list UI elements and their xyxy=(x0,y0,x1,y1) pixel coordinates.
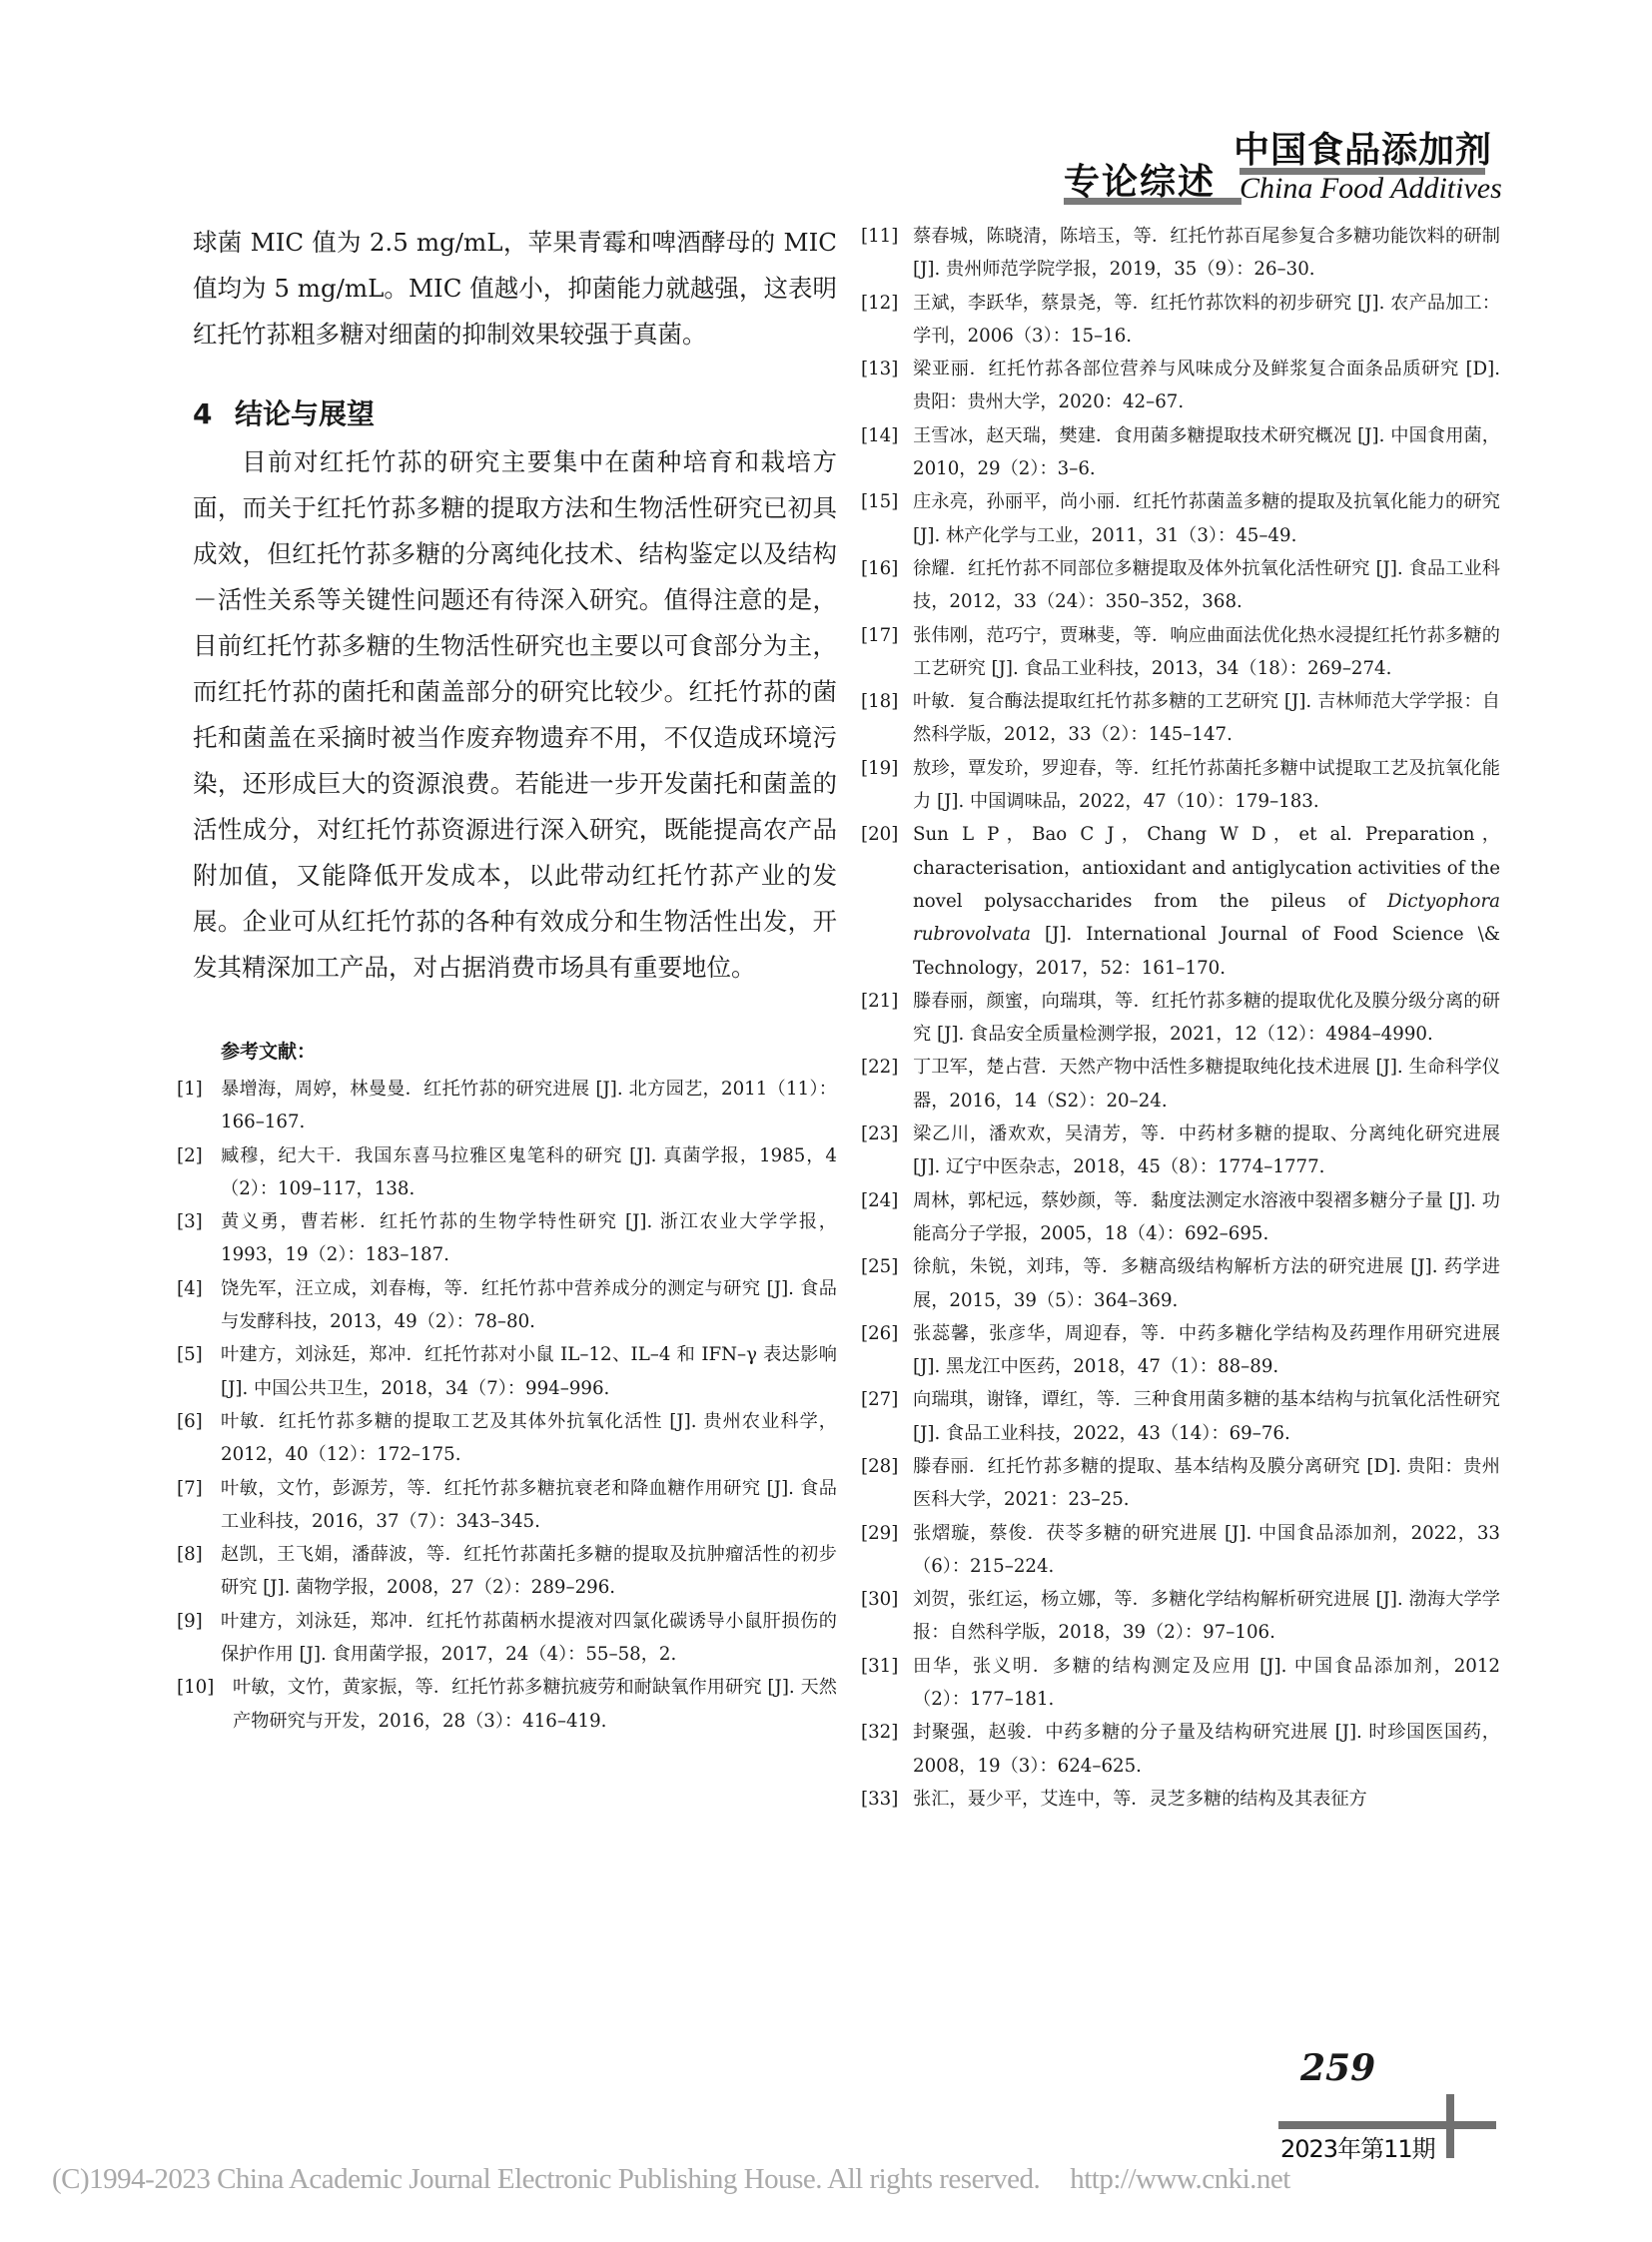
reference-number: [7] xyxy=(177,1472,203,1505)
copyright-line: (C)1994-2023 China Academic Journal Elec… xyxy=(52,2163,1290,2196)
reference-number: [26] xyxy=(861,1317,898,1350)
reference-item: [4]饶先军，汪立成，刘春梅，等．红托竹荪中营养成分的测定与研究 [J]. 食品… xyxy=(193,1272,837,1339)
reference-item: [5]叶建方，刘泳廷，郑冲．红托竹荪对小鼠 IL–12、IL–4 和 IFN–γ… xyxy=(193,1338,837,1405)
reference-text: 梁亚丽．红托竹荪各部位营养与风味成分及鲜浆复合面条品质研究 [D]. 贵阳：贵州… xyxy=(913,359,1500,412)
reference-text: 叶建方，刘泳廷，郑冲．红托竹荪对小鼠 IL–12、IL–4 和 IFN–γ 表达… xyxy=(221,1344,837,1398)
reference-number: [20] xyxy=(861,818,898,851)
reference-number: [24] xyxy=(861,1184,898,1217)
reference-number: [17] xyxy=(861,619,898,652)
reference-item: [17]张伟刚，范巧宁，贾琳斐，等．响应曲面法优化热水浸提红托竹荪多糖的工艺研究… xyxy=(861,619,1500,686)
reference-number: [23] xyxy=(861,1118,898,1150)
reference-number: [21] xyxy=(861,985,898,1018)
journal-header: 专论综述 中国食品添加剂 China Food Additives xyxy=(1054,126,1473,206)
reference-number: [13] xyxy=(861,353,898,385)
reference-text: 刘贺，张红运，杨立娜，等．多糖化学结构解析研究进展 [J]. 渤海大学学报：自然… xyxy=(913,1589,1500,1643)
reference-item: [11]蔡春城，陈晓清，陈培玉，等．红托竹荪百尾参复合多糖功能饮料的研制 [J]… xyxy=(861,220,1500,287)
reference-item: [27]向瑞琪，谢锋，谭红，等．三种食用菌多糖的基本结构与抗氧化活性研究 [J]… xyxy=(861,1383,1500,1450)
reference-number: [22] xyxy=(861,1051,898,1084)
reference-text: 王斌，李跃华，蔡景尧，等．红托竹荪饮料的初步研究 [J]. 农产品加工：学刊，2… xyxy=(913,293,1500,347)
reference-item: [8]赵凯，王飞娟，潘薛波，等．红托竹荪菌托多糖的提取及抗肿瘤活性的初步研究 [… xyxy=(193,1538,837,1605)
reference-number: [29] xyxy=(861,1517,898,1550)
reference-item: [7]叶敏，文竹，彭源芳，等．红托竹荪多糖抗衰老和降血糖作用研究 [J]. 食品… xyxy=(193,1472,837,1539)
reference-number: [15] xyxy=(861,485,898,518)
reference-number: [11] xyxy=(861,220,898,253)
reference-text: 梁乙川，潘欢欢，吴清芳，等．中药材多糖的提取、分离纯化研究进展 [J]. 辽宁中… xyxy=(913,1123,1500,1177)
continued-paragraph: 球菌 MIC 值为 2.5 mg/mL，苹果青霉和啤酒酵母的 MIC 值均为 5… xyxy=(193,220,837,358)
reference-number: [8] xyxy=(177,1538,203,1571)
reference-text: 敖珍，覃发玠，罗迎春，等．红托竹荪菌托多糖中试提取工艺及抗氧化能力 [J]. 中… xyxy=(913,758,1500,812)
reference-text: 张熠璇，蔡俊．茯苓多糖的研究进展 [J]. 中国食品添加剂，2022，33（6）… xyxy=(913,1523,1500,1577)
reference-item: [22]丁卫军，楚占营．天然产物中活性多糖提取纯化技术进展 [J]. 生命科学仪… xyxy=(861,1051,1500,1118)
reference-number: [6] xyxy=(177,1405,203,1438)
reference-text: 臧穆，纪大干．我国东喜马拉雅区鬼笔科的研究 [J]. 真菌学报，1985，4（2… xyxy=(221,1145,837,1199)
section-title: 结论与展望 xyxy=(235,397,375,430)
reference-text: 蔡春城，陈晓清，陈培玉，等．红托竹荪百尾参复合多糖功能饮料的研制 [J]. 贵州… xyxy=(913,226,1500,280)
reference-number: [33] xyxy=(861,1783,898,1816)
reference-item: [30]刘贺，张红运，杨立娜，等．多糖化学结构解析研究进展 [J]. 渤海大学学… xyxy=(861,1583,1500,1650)
reference-text: 封聚强，赵骏．中药多糖的分子量及结构研究进展 [J]. 时珍国医国药，2008，… xyxy=(913,1722,1500,1776)
reference-text: 王雪冰，赵天瑞，樊建．食用菌多糖提取技术研究概况 [J]. 中国食用菌，2010… xyxy=(913,425,1500,479)
reference-item: [26]张蕊馨，张彦华，周迎春，等．中药多糖化学结构及药理作用研究进展 [J].… xyxy=(861,1317,1500,1384)
cnki-link[interactable]: http://www.cnki.net xyxy=(1070,2163,1290,2195)
reference-item: [1]暴增海，周婷，林曼曼．红托竹荪的研究进展 [J]. 北方园艺，2011（1… xyxy=(193,1073,837,1139)
reference-number: [19] xyxy=(861,752,898,785)
reference-item: [25]徐航，朱锐，刘玮，等．多糖高级结构解析方法的研究进展 [J]. 药学进展… xyxy=(861,1250,1500,1317)
reference-item: [31]田华，张义明．多糖的结构测定及应用 [J]. 中国食品添加剂，2012（… xyxy=(861,1650,1500,1717)
footer-divider-horizontal xyxy=(1278,2121,1496,2129)
reference-item: [32]封聚强，赵骏．中药多糖的分子量及结构研究进展 [J]. 时珍国医国药，2… xyxy=(861,1716,1500,1783)
reference-item: [6]叶敏．红托竹荪多糖的提取工艺及其体外抗氧化活性 [J]. 贵州农业科学，2… xyxy=(193,1405,837,1472)
reference-text: 田华，张义明．多糖的结构测定及应用 [J]. 中国食品添加剂，2012（2）：1… xyxy=(913,1656,1500,1710)
reference-item: [12]王斌，李跃华，蔡景尧，等．红托竹荪饮料的初步研究 [J]. 农产品加工：… xyxy=(861,287,1500,354)
reference-number: [5] xyxy=(177,1338,203,1371)
reference-item: [33]张汇，聂少平，艾连中，等．灵芝多糖的结构及其表征方 xyxy=(861,1783,1500,1816)
reference-text: 丁卫军，楚占营．天然产物中活性多糖提取纯化技术进展 [J]. 生命科学仪器，20… xyxy=(913,1057,1500,1111)
reference-item: [21]滕春丽，颜蜜，向瑞琪，等．红托竹荪多糖的提取优化及膜分级分离的研究 [J… xyxy=(861,985,1500,1052)
reference-number: [3] xyxy=(177,1205,203,1238)
section-number: 4 xyxy=(193,391,235,437)
reference-number: [2] xyxy=(177,1139,203,1172)
reference-number: [30] xyxy=(861,1583,898,1616)
reference-item: [10]叶敏，文竹，黄家振，等．红托竹荪多糖抗疲劳和耐缺氧作用研究 [J]. 天… xyxy=(193,1671,837,1738)
reference-text: 周林，郭杞远，蔡妙颜，等．黏度法测定水溶液中裂褶多糖分子量 [J]. 功能高分子… xyxy=(913,1190,1500,1244)
reference-list-right: [11]蔡春城，陈晓清，陈培玉，等．红托竹荪百尾参复合多糖功能饮料的研制 [J]… xyxy=(861,220,1500,1816)
references-heading: 参考文献： xyxy=(221,1037,837,1067)
reference-number: [27] xyxy=(861,1383,898,1416)
reference-text: 叶敏，文竹，彭源芳，等．红托竹荪多糖抗衰老和降血糖作用研究 [J]. 食品工业科… xyxy=(221,1478,837,1532)
reference-text: 张汇，聂少平，艾连中，等．灵芝多糖的结构及其表征方 xyxy=(913,1789,1367,1810)
reference-text: 暴增海，周婷，林曼曼．红托竹荪的研究进展 [J]. 北方园艺，2011（11）：… xyxy=(221,1079,837,1132)
reference-item: [19]敖珍，覃发玠，罗迎春，等．红托竹荪菌托多糖中试提取工艺及抗氧化能力 [J… xyxy=(861,752,1500,819)
reference-item: [29]张熠璇，蔡俊．茯苓多糖的研究进展 [J]. 中国食品添加剂，2022，3… xyxy=(861,1517,1500,1584)
reference-number: [16] xyxy=(861,552,898,585)
reference-text: 叶敏．复合酶法提取红托竹荪多糖的工艺研究 [J]. 吉林师范大学学报：自然科学版… xyxy=(913,691,1500,745)
body-text: 球菌 MIC 值为 2.5 mg/mL，苹果青霉和啤酒酵母的 MIC 值均为 5… xyxy=(193,220,837,358)
reference-number: [12] xyxy=(861,287,898,320)
reference-item: [20]Sun L P，Bao C J，Chang W D，et al. Pre… xyxy=(861,818,1500,984)
reference-number: [31] xyxy=(861,1650,898,1683)
reference-text: 赵凯，王飞娟，潘薛波，等．红托竹荪菌托多糖的提取及抗肿瘤活性的初步研究 [J].… xyxy=(221,1544,837,1598)
reference-text: 向瑞琪，谢锋，谭红，等．三种食用菌多糖的基本结构与抗氧化活性研究 [J]. 食品… xyxy=(913,1389,1500,1443)
reference-text: 张伟刚，范巧宁，贾琳斐，等．响应曲面法优化热水浸提红托竹荪多糖的工艺研究 [J]… xyxy=(913,625,1500,679)
reference-text: 庄永亮，孙丽平，尚小丽．红托竹荪菌盖多糖的提取及抗氧化能力的研究 [J]. 林产… xyxy=(913,491,1500,545)
reference-number: [18] xyxy=(861,685,898,718)
reference-item: [28]滕春丽．红托竹荪多糖的提取、基本结构及膜分离研究 [D]. 贵阳：贵州医… xyxy=(861,1450,1500,1517)
right-column: [11]蔡春城，陈晓清，陈培玉，等．红托竹荪百尾参复合多糖功能饮料的研制 [J]… xyxy=(861,220,1500,1816)
issue-label: 2023年第11期 xyxy=(1280,2129,1435,2164)
reference-number: [4] xyxy=(177,1272,203,1305)
reference-text: 滕春丽，颜蜜，向瑞琪，等．红托竹荪多糖的提取优化及膜分级分离的研究 [J]. 食… xyxy=(913,991,1500,1045)
journal-title-cn: 中国食品添加剂 xyxy=(1234,122,1492,173)
reference-item: [9]叶建方，刘泳廷，郑冲．红托竹荪菌柄水提液对四氯化碳诱导小鼠肝损伤的保护作用… xyxy=(193,1605,837,1672)
reference-item: [15]庄永亮，孙丽平，尚小丽．红托竹荪菌盖多糖的提取及抗氧化能力的研究 [J]… xyxy=(861,485,1500,552)
footer-divider-vertical xyxy=(1446,2094,1454,2158)
reference-text: 饶先军，汪立成，刘春梅，等．红托竹荪中营养成分的测定与研究 [J]. 食品与发酵… xyxy=(221,1278,837,1332)
reference-text: 叶敏，文竹，黄家振，等．红托竹荪多糖抗疲劳和耐缺氧作用研究 [J]. 天然产物研… xyxy=(233,1677,837,1731)
page-number: 259 xyxy=(1300,2047,1375,2089)
conclusion-paragraph: 目前对红托竹荪的研究主要集中在菌种培育和栽培方面，而关于红托竹荪多糖的提取方法和… xyxy=(193,439,837,991)
reference-item: [14]王雪冰，赵天瑞，樊建．食用菌多糖提取技术研究概况 [J]. 中国食用菌，… xyxy=(861,419,1500,486)
reference-number: [14] xyxy=(861,419,898,452)
journal-title-en: China Food Additives xyxy=(1239,172,1502,206)
reference-list-left: [1]暴增海，周婷，林曼曼．红托竹荪的研究进展 [J]. 北方园艺，2011（1… xyxy=(193,1073,837,1738)
reference-number: [32] xyxy=(861,1716,898,1749)
reference-text: 徐耀．红托竹荪不同部位多糖提取及体外抗氧化活性研究 [J]. 食品工业科技，20… xyxy=(913,558,1500,612)
reference-number: [28] xyxy=(861,1450,898,1483)
section-heading: 4结论与展望 xyxy=(193,391,837,437)
reference-text: 叶建方，刘泳廷，郑冲．红托竹荪菌柄水提液对四氯化碳诱导小鼠肝损伤的保护作用 [J… xyxy=(221,1611,837,1665)
reference-item: [18]叶敏．复合酶法提取红托竹荪多糖的工艺研究 [J]. 吉林师范大学学报：自… xyxy=(861,685,1500,752)
reference-item: [2]臧穆，纪大干．我国东喜马拉雅区鬼笔科的研究 [J]. 真菌学报，1985，… xyxy=(193,1139,837,1206)
reference-text: 徐航，朱锐，刘玮，等．多糖高级结构解析方法的研究进展 [J]. 药学进展，201… xyxy=(913,1256,1500,1310)
reference-number: [10] xyxy=(177,1671,214,1704)
reference-text: 滕春丽．红托竹荪多糖的提取、基本结构及膜分离研究 [D]. 贵阳：贵州医科大学，… xyxy=(913,1456,1500,1510)
conclusion-body: 目前对红托竹荪的研究主要集中在菌种培育和栽培方面，而关于红托竹荪多糖的提取方法和… xyxy=(193,439,837,991)
reference-item: [24]周林，郭杞远，蔡妙颜，等．黏度法测定水溶液中裂褶多糖分子量 [J]. 功… xyxy=(861,1184,1500,1251)
reference-item: [3]黄义勇，曹若彬．红托竹荪的生物学特性研究 [J]. 浙江农业大学学报，19… xyxy=(193,1205,837,1272)
reference-text: 黄义勇，曹若彬．红托竹荪的生物学特性研究 [J]. 浙江农业大学学报，1993，… xyxy=(221,1211,837,1265)
reference-number: [9] xyxy=(177,1605,203,1638)
reference-text: 叶敏．红托竹荪多糖的提取工艺及其体外抗氧化活性 [J]. 贵州农业科学，2012… xyxy=(221,1411,837,1465)
copyright-text: (C)1994-2023 China Academic Journal Elec… xyxy=(52,2163,1040,2195)
reference-item: [13]梁亚丽．红托竹荪各部位营养与风味成分及鲜浆复合面条品质研究 [D]. 贵… xyxy=(861,353,1500,419)
reference-item: [23]梁乙川，潘欢欢，吴清芳，等．中药材多糖的提取、分离纯化研究进展 [J].… xyxy=(861,1118,1500,1184)
header-divider-bottom xyxy=(1064,198,1241,205)
reference-number: [25] xyxy=(861,1250,898,1283)
reference-text: 张蕊馨，张彦华，周迎春，等．中药多糖化学结构及药理作用研究进展 [J]. 黑龙江… xyxy=(913,1323,1500,1377)
reference-item: [16]徐耀．红托竹荪不同部位多糖提取及体外抗氧化活性研究 [J]. 食品工业科… xyxy=(861,552,1500,619)
left-column: 球菌 MIC 值为 2.5 mg/mL，苹果青霉和啤酒酵母的 MIC 值均为 5… xyxy=(193,220,837,1738)
reference-number: [1] xyxy=(177,1073,203,1106)
